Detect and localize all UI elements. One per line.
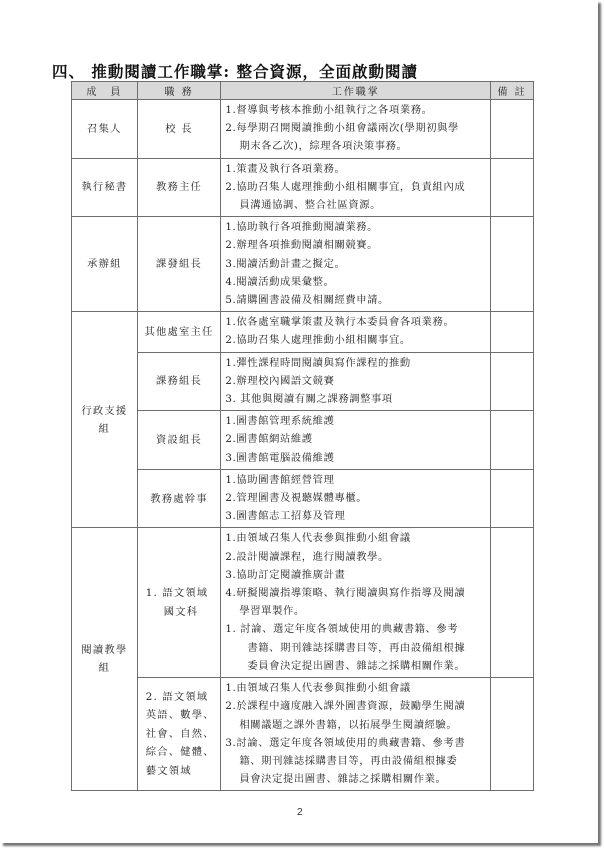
duty-item: 2.辦理各項推動閱讀相關競賽。 bbox=[225, 236, 490, 254]
table-row: 資設組長1.圖書館管理系統維護2.圖書館網站維護3.圖書館電腦設備維護 bbox=[72, 411, 534, 470]
table-header-row: 成 員 職 務 工作職掌 備 註 bbox=[72, 82, 534, 100]
duty-item: 期末各乙次)，綜理各項決策事務。 bbox=[225, 137, 490, 155]
duty-item: 4.研擬閱讀指導策略、執行閱讀與寫作指導及閱讀 bbox=[225, 584, 490, 602]
member-label-line: 組 bbox=[72, 659, 137, 677]
duty-item: 4.閱讀活動成果彙整。 bbox=[225, 273, 490, 291]
role-cell: 2. 語文領域英語、數學、社會、自然、綜合、健體、藝文領域 bbox=[137, 678, 221, 791]
duty-item: 2.設計閱讀課程，進行閱讀教學。 bbox=[225, 548, 490, 566]
table-row: 召集人校 長1.督導與考核本推動小組執行之各項業務。2.每學期召開閱讀推動小組會… bbox=[72, 100, 534, 159]
member-label-line: 行政支援 bbox=[72, 402, 137, 420]
duty-item: 1. 討論、選定年度各領域使用的典藏書籍、參考 bbox=[225, 620, 490, 638]
role-label-line: 英語、數學、 bbox=[146, 706, 221, 725]
duties-cell: 1.協助執行各項推動閱讀業務。2.辦理各項推動閱讀相關競賽。3.閱讀活動計畫之擬… bbox=[221, 217, 491, 312]
member-label: 執行秘書 bbox=[72, 178, 137, 196]
role-label: 校 長 bbox=[138, 120, 221, 138]
duty-list: 1.圖書館管理系統維護2.圖書館網站維護3.圖書館電腦設備維護 bbox=[221, 411, 490, 469]
header-duties: 工作職掌 bbox=[221, 82, 491, 100]
table-row: 執行秘書教務主任1.策畫及執行各項業務。2.協助召集人處理推動小組相關事宜，負責… bbox=[72, 158, 534, 217]
member-label: 召集人 bbox=[72, 120, 137, 138]
role-label-line: 社會、自然、 bbox=[146, 725, 221, 744]
note-cell bbox=[491, 469, 534, 528]
section-heading: 四、 推動閱讀工作職掌: 整合資源，全面啟動閱讀 bbox=[52, 60, 418, 82]
duty-item: 2.協助召集人處理推動小組相關事宜，負責組內成 bbox=[225, 178, 490, 196]
duty-item: 學習單製作。 bbox=[225, 602, 490, 620]
duty-item: 3. 其他與閱讀有關之課務調整事項 bbox=[225, 390, 490, 408]
document-page: 四、 推動閱讀工作職掌: 整合資源，全面啟動閱讀 成 員 職 務 工作職掌 備 … bbox=[0, 0, 598, 843]
duty-item: 1.依各處室職掌策畫及執行本委員會各項業務。 bbox=[225, 313, 490, 331]
duty-list: 1.由領域召集人代表參與推動小組會議2.於課程中適度融入課外圖書資源，鼓勵學生閱… bbox=[221, 678, 490, 790]
duties-cell: 1.由領域召集人代表參與推動小組會議2.設計閱讀課程，進行閱讀教學。3.協助訂定… bbox=[221, 528, 491, 678]
member-cell: 召集人 bbox=[72, 100, 138, 159]
role-label: 課務組長 bbox=[138, 372, 221, 390]
role-label-line: 國文科 bbox=[146, 603, 221, 622]
table-row: 閱讀教學組1. 語文領域國文科1.由領域召集人代表參與推動小組會議2.設計閱讀課… bbox=[72, 528, 534, 678]
duty-item: 2.協助召集人處理推動小組相關事宜。 bbox=[225, 331, 490, 349]
role-cell: 教務主任 bbox=[137, 158, 221, 217]
duty-item: 1.由領域召集人代表參與推動小組會議 bbox=[225, 679, 490, 697]
duty-item: 1.協助圖書館經營管理 bbox=[225, 471, 490, 489]
member-label: 承辦組 bbox=[72, 255, 137, 273]
duties-cell: 1.策畫及執行各項業務。2.協助召集人處理推動小組相關事宜，負責組內成員溝通協調… bbox=[221, 158, 491, 217]
table-row: 教務處幹事1.協助圖書館經營管理2.管理圖書及視聽媒體專櫃。3.圖書館志工招募及… bbox=[72, 469, 534, 528]
duty-item: 委員會決定提出圖書、雜誌之採購相關作業。 bbox=[225, 657, 490, 675]
page-number: 2 bbox=[297, 807, 303, 818]
duties-cell: 1.協助圖書館經營管理2.管理圖書及視聽媒體專櫃。3.圖書館志工招募及管理 bbox=[221, 469, 491, 528]
note-cell bbox=[491, 678, 534, 791]
duty-item: 1.督導與考核本推動小組執行之各項業務。 bbox=[225, 101, 490, 119]
duty-item: 籍、期刊雜誌採購書目等，再由設備組根據委 bbox=[225, 752, 490, 770]
duty-item: 員溝通協調、整合社區資源。 bbox=[225, 196, 490, 214]
duty-item: 3.閱讀活動計畫之擬定。 bbox=[225, 255, 490, 273]
duty-item: 2.於課程中適度融入課外圖書資源，鼓勵學生閱讀 bbox=[225, 697, 490, 715]
role-cell: 資設組長 bbox=[137, 411, 221, 470]
duty-list: 1.依各處室職掌策畫及執行本委員會各項業務。2.協助召集人處理推動小組相關事宜。 bbox=[221, 312, 490, 351]
header-member: 成 員 bbox=[72, 82, 138, 100]
table-row: 課務組長1.彈性課程時間閱讀與寫作課程的推動2.辦理校內國語文競賽3. 其他與閱… bbox=[72, 352, 534, 411]
member-label-line: 閱讀教學 bbox=[72, 641, 137, 659]
note-cell bbox=[491, 312, 534, 352]
role-label: 課發組長 bbox=[138, 255, 221, 273]
role-label-line: 1. 語文領域 bbox=[146, 584, 221, 603]
member-cell: 執行秘書 bbox=[72, 158, 138, 217]
member-cell: 承辦組 bbox=[72, 217, 138, 312]
note-cell bbox=[491, 217, 534, 312]
role-label-line: 藝文領域 bbox=[146, 762, 221, 781]
duties-cell: 1.依各處室職掌策畫及執行本委員會各項業務。2.協助召集人處理推動小組相關事宜。 bbox=[221, 312, 491, 352]
duty-item: 員會決定提出圖書、雜誌之採購相關作業。 bbox=[225, 770, 490, 788]
duty-item: 5.請購圖書設備及相關經費申請。 bbox=[225, 291, 490, 309]
note-cell bbox=[491, 411, 534, 470]
duty-item: 1.策畫及執行各項業務。 bbox=[225, 160, 490, 178]
note-cell bbox=[491, 352, 534, 411]
note-cell bbox=[491, 158, 534, 217]
duty-item: 3.協助訂定閱讀推廣計畫 bbox=[225, 566, 490, 584]
duties-cell: 1.彈性課程時間閱讀與寫作課程的推動2.辦理校內國語文競賽3. 其他與閱讀有關之… bbox=[221, 352, 491, 411]
duties-table: 成 員 職 務 工作職掌 備 註 召集人校 長1.督導與考核本推動小組執行之各項… bbox=[71, 81, 534, 791]
role-cell: 其他處室主任 bbox=[137, 312, 221, 352]
duty-item: 3.圖書館志工招募及管理 bbox=[225, 507, 490, 525]
table-row: 承辦組課發組長1.協助執行各項推動閱讀業務。2.辦理各項推動閱讀相關競賽。3.閱… bbox=[72, 217, 534, 312]
duty-item: 2.圖書館網站維護 bbox=[225, 430, 490, 448]
duty-list: 1.策畫及執行各項業務。2.協助召集人處理推動小組相關事宜，負責組內成員溝通協調… bbox=[221, 159, 490, 217]
role-label: 教務處幹事 bbox=[138, 490, 221, 508]
header-note: 備 註 bbox=[491, 82, 534, 100]
duty-list: 1.協助執行各項推動閱讀業務。2.辦理各項推動閱讀相關競賽。3.閱讀活動計畫之擬… bbox=[221, 217, 490, 311]
duty-list: 1.由領域召集人代表參與推動小組會議2.設計閱讀課程，進行閱讀教學。3.協助訂定… bbox=[221, 528, 490, 677]
duties-cell: 1.圖書館管理系統維護2.圖書館網站維護3.圖書館電腦設備維護 bbox=[221, 411, 491, 470]
duty-item: 1.彈性課程時間閱讀與寫作課程的推動 bbox=[225, 354, 490, 372]
header-role: 職 務 bbox=[137, 82, 221, 100]
role-label-line: 2. 語文領域 bbox=[146, 688, 221, 707]
note-cell bbox=[491, 528, 534, 678]
role-cell: 課發組長 bbox=[137, 217, 221, 312]
duty-item: 1.協助執行各項推動閱讀業務。 bbox=[225, 218, 490, 236]
table-row: 行政支援組其他處室主任1.依各處室職掌策畫及執行本委員會各項業務。2.協助召集人… bbox=[72, 312, 534, 352]
duty-item: 2.管理圖書及視聽媒體專櫃。 bbox=[225, 489, 490, 507]
role-label-line: 綜合、健體、 bbox=[146, 743, 221, 762]
duty-item: 2.每學期召開閱讀推動小組會議兩次(學期初與學 bbox=[225, 119, 490, 137]
duty-item: 3.圖書館電腦設備維護 bbox=[225, 449, 490, 467]
duty-list: 1.督導與考核本推動小組執行之各項業務。2.每學期召開閱讀推動小組會議兩次(學期… bbox=[221, 100, 490, 158]
duty-item: 書籍、期刊雜誌採購書目等，再由設備組根據 bbox=[225, 639, 490, 657]
table-body: 召集人校 長1.督導與考核本推動小組執行之各項業務。2.每學期召開閱讀推動小組會… bbox=[72, 100, 534, 791]
duty-item: 1.由領域召集人代表參與推動小組會議 bbox=[225, 529, 490, 547]
member-label-line: 組 bbox=[72, 420, 137, 438]
member-cell: 閱讀教學組 bbox=[72, 528, 138, 791]
role-label: 教務主任 bbox=[138, 178, 221, 196]
role-label: 資設組長 bbox=[138, 431, 221, 449]
duty-item: 3.討論、選定年度各領域使用的典藏書籍、參考書 bbox=[225, 734, 490, 752]
member-cell: 行政支援組 bbox=[72, 312, 138, 528]
table-row: 2. 語文領域英語、數學、社會、自然、綜合、健體、藝文領域1.由領域召集人代表參… bbox=[72, 678, 534, 791]
duties-cell: 1.督導與考核本推動小組執行之各項業務。2.每學期召開閱讀推動小組會議兩次(學期… bbox=[221, 100, 491, 159]
role-label: 其他處室主任 bbox=[138, 323, 221, 341]
duty-list: 1.彈性課程時間閱讀與寫作課程的推動2.辦理校內國語文競賽3. 其他與閱讀有關之… bbox=[221, 353, 490, 411]
role-cell: 課務組長 bbox=[137, 352, 221, 411]
note-cell bbox=[491, 100, 534, 159]
duty-item: 2.辦理校內國語文競賽 bbox=[225, 372, 490, 390]
duty-list: 1.協助圖書館經營管理2.管理圖書及視聽媒體專櫃。3.圖書館志工招募及管理 bbox=[221, 470, 490, 528]
role-cell: 教務處幹事 bbox=[137, 469, 221, 528]
duty-item: 1.圖書館管理系統維護 bbox=[225, 412, 490, 430]
duty-item: 相關議題之課外書籍，以拓展學生閱讀經驗。 bbox=[225, 716, 490, 734]
role-cell: 校 長 bbox=[137, 100, 221, 159]
role-cell: 1. 語文領域國文科 bbox=[137, 528, 221, 678]
duties-cell: 1.由領域召集人代表參與推動小組會議2.於課程中適度融入課外圖書資源，鼓勵學生閱… bbox=[221, 678, 491, 791]
